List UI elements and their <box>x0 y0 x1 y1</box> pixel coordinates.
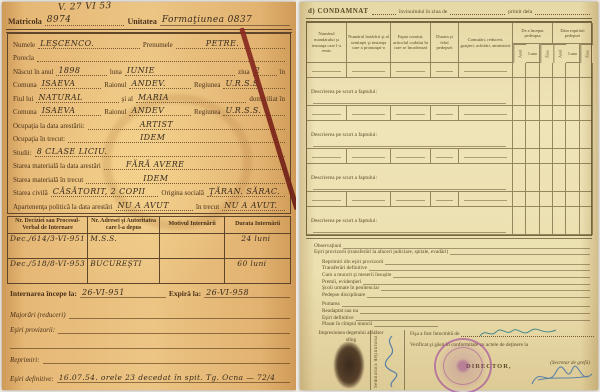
round-stamp <box>434 338 492 392</box>
matricola-line: Matricola 8974 Unitatea Formaţiunea 0837 <box>8 15 290 26</box>
verificat-text: Verificat şi găsit în conformitate cu ac… <box>410 342 594 350</box>
fisa-row: Fişa a fost întocmită de <box>410 331 594 337</box>
table-cell <box>553 121 566 149</box>
prenumele-label: Prenumele <box>143 41 173 49</box>
observatiuni-label: Observaţiuni <box>314 243 341 249</box>
born-row: Născut în anul 1898 luna IUNIE ziua 2 în <box>13 63 285 76</box>
esiri-provizorii-field <box>58 333 290 334</box>
stare1-label: Starea materială la data arestări <box>13 162 101 170</box>
table-cell <box>566 192 579 207</box>
internment-dates-row: Internarea începe la: 26-VI-951 Expiră l… <box>10 288 290 298</box>
ruled-line <box>313 189 506 190</box>
inscris-label: învinuitului în ziua de <box>399 9 447 15</box>
primit-field <box>535 14 590 15</box>
table-row <box>307 106 591 121</box>
table-cell <box>580 207 593 235</box>
esiri-provizorii-label: Eşiri provizorii (transferări la afaceri… <box>314 249 448 255</box>
table-cell <box>459 192 513 207</box>
purtarea-label: Purtarea <box>322 301 340 307</box>
majorari-row: Majorări (reduceri) <box>10 304 290 319</box>
table-cell: 60 luni <box>225 258 291 283</box>
stare1-value: FĂRĂ AVERE <box>126 160 185 169</box>
wealth-row: Starea materială la data arestări FĂRĂ A… <box>13 158 285 171</box>
column-header: Numărul mandatului şi instanţa care l-a … <box>307 23 347 63</box>
premii-label: Premii, evidenţieri <box>322 279 361 285</box>
table-cell <box>566 121 579 149</box>
table-cell <box>580 106 593 121</box>
origina-value: ŢĂRAN. SĂRAC. <box>209 187 280 196</box>
table-cell <box>540 149 553 164</box>
fiul-field: NATURAL <box>36 93 118 103</box>
studies-row: Studii: 8 CLASE LICIU. <box>13 144 285 157</box>
raionul1-field: ANDEV. <box>129 79 191 89</box>
table-cell <box>580 121 593 149</box>
ruled-line <box>313 103 506 104</box>
table-cell <box>307 149 347 164</box>
table-row <box>307 63 591 78</box>
table-cell <box>553 149 566 164</box>
table-cell <box>540 164 553 192</box>
plasat-field <box>374 326 438 327</box>
table-cell <box>566 63 579 78</box>
readaptat-label: Readaptat sau nu <box>322 308 358 314</box>
reprimiri-row: Reprimiri din eşiri provizorii <box>322 258 590 265</box>
start-date-group: De a început pedeapsa Anul Luna Ziua <box>513 23 553 63</box>
table-cell <box>526 78 539 106</box>
table-cell <box>513 78 526 106</box>
premii-field <box>363 284 590 285</box>
reprimiri-field <box>385 264 590 265</box>
apartenenta-field: NU A AVUT <box>116 201 194 211</box>
table-cell: BUCUREŞTI <box>88 258 160 283</box>
registration-page: V. 27 VI 53 Matricola 8974 Unitatea Form… <box>2 2 296 390</box>
table-cell <box>580 192 593 207</box>
internarea-label: Internarea începe la: <box>10 289 77 298</box>
esiri-provizorii-row: Eşiri provizorii: <box>10 319 290 334</box>
prenumele-field: PETRE. <box>176 39 285 49</box>
reprimiri-label: Reprimiri: <box>10 356 40 364</box>
detainee-signature-label: Semnătura deţinutului <box>374 332 379 388</box>
fingerprint-smudge <box>334 342 364 388</box>
table-row <box>307 149 591 164</box>
numele-label: Numele <box>13 41 35 49</box>
table-cell <box>513 106 526 121</box>
esiri-definitive-label: Eşiri definitive <box>322 315 354 321</box>
pedepse-label: Pedepse disciplinare <box>322 292 365 298</box>
matricola-field: 8974 <box>45 15 125 26</box>
origina-field: ŢĂRAN. SĂRAC. <box>207 187 285 197</box>
table-cell <box>513 149 526 164</box>
commune-row-2: Comuna ISAEVA Raionul ANDEV Regiunea U.R… <box>13 104 285 117</box>
table-cell <box>553 192 566 207</box>
nascut-value: 1898 <box>58 66 80 75</box>
duration: 24 luni <box>241 234 270 243</box>
table-cell <box>580 164 593 192</box>
table-cell <box>566 106 579 121</box>
comuna1-field: ISAEVA <box>40 79 102 89</box>
blank-rule-row <box>10 334 290 349</box>
table-cell <box>307 106 347 121</box>
intrecut-value: NU A AVUT. <box>224 201 277 210</box>
table-cell <box>307 192 347 207</box>
column-header: Durata Internării <box>225 217 291 234</box>
fiul-label: Fiul lui <box>13 95 33 103</box>
duration: 60 luni <box>237 259 266 268</box>
expira-field: 26-VI-958 <box>204 288 290 298</box>
short-description-label: Descrierea pe scurt a faptului: <box>311 218 377 224</box>
column-header: Comutări, reduceri, graţieri, achitări, … <box>459 23 513 63</box>
sial-label: şi al <box>122 95 133 103</box>
group-header: Data expirării pedepsei <box>553 23 593 44</box>
sub-header: Luna <box>526 44 539 63</box>
top-handwritten-note: V. 27 VI 53 <box>58 1 112 13</box>
observations-section: Observaţiuni Eşiri provizorii (transferă… <box>314 242 590 327</box>
observatiuni-row: Observaţiuni <box>314 242 590 249</box>
table-cell <box>526 106 539 121</box>
sentences-table-header: Numărul mandatului şi instanţa care l-a … <box>307 23 591 63</box>
table-cell <box>553 164 566 192</box>
table-cell <box>580 149 593 164</box>
regiunea2-label: Regiunea <box>194 108 220 116</box>
table-cell <box>431 106 459 121</box>
majorari-field <box>69 318 290 319</box>
table-cell <box>540 121 553 149</box>
table-cell <box>347 63 391 78</box>
fiul-value: NATURAL <box>38 93 82 102</box>
column-header: Nr. Adresei şi Auto­ritatea care l-a dep… <box>88 217 160 234</box>
reprimiri-label: Reprimiri din eşiri provizorii <box>322 259 383 265</box>
ocupatia2-field: IDEM <box>68 133 285 143</box>
table-cell: 24 luni <box>225 233 291 258</box>
sub-header: Anul <box>513 44 526 63</box>
ruled-line <box>313 232 506 233</box>
table-cell: M.S.S. <box>88 233 160 258</box>
civila-value: CĂSĂTORIT, 2 COPII <box>53 187 146 196</box>
table-cell <box>553 78 566 106</box>
studii-value: 8 CLASE LICIU. <box>37 147 108 156</box>
scoli-field <box>381 290 590 291</box>
column-header: Numărul hotărîrii şi al sentinţei şi ins… <box>347 23 391 63</box>
intrecut-field: NU A AVUT. <box>222 201 285 211</box>
condamnat-field <box>372 14 396 15</box>
table-cell <box>459 149 513 164</box>
sial-field: MARIA <box>136 93 246 103</box>
matricola-label: Matricola <box>8 17 42 26</box>
table-row: Dec./614/3-VI-951 M.S.S. 24 luni <box>8 233 291 258</box>
table-cell <box>526 121 539 149</box>
ocupatia1-value: ARTIST <box>140 120 173 129</box>
expira-label: Expiră la: <box>169 289 201 298</box>
esiri-definitive-row: Eşiri definitive <box>322 314 590 321</box>
stare1-field: FĂRĂ AVERE <box>104 160 285 170</box>
domiciliat-label: domiciliat în <box>249 95 285 103</box>
table-cell: Descrierea pe scurt a faptului: <box>307 207 513 235</box>
table-cell <box>513 207 526 235</box>
sub-header: Ziua <box>580 44 593 63</box>
table-cell <box>526 192 539 207</box>
ocupatia2-label: Ocupaţia în trecut: <box>13 135 65 143</box>
studii-field: 8 CLASE LICIU. <box>35 147 285 157</box>
numele-field: LEŞCENCO. <box>38 39 140 49</box>
luna-label: luna <box>110 68 122 76</box>
table-cell <box>431 63 459 78</box>
matricola-value: 8974 <box>47 15 72 25</box>
table-row <box>307 192 591 207</box>
column-header: Fapta comisă, articolul codului în care … <box>391 23 431 63</box>
unitatea-label: Unitatea <box>127 17 156 26</box>
sub-header: Luna <box>566 44 579 63</box>
grefa-label: (Secretar de grefă) <box>550 360 590 366</box>
blank-field <box>10 348 290 349</box>
table-cell <box>159 233 224 258</box>
nascut-field: 1898 <box>56 66 106 76</box>
table-cell <box>459 63 513 78</box>
authority: BUCUREŞTI <box>90 259 142 268</box>
raionul2-field: ANDEV <box>129 106 191 116</box>
table-cell <box>540 207 553 235</box>
table-cell <box>391 149 431 164</box>
section-rule <box>306 238 592 239</box>
secretary-signature <box>528 364 594 390</box>
stare2-value: IDEM <box>143 174 168 183</box>
esiri-provizorii-row: Eşiri provizorii (transferări la afaceri… <box>314 249 590 256</box>
ruled-line <box>313 146 506 147</box>
table-cell <box>159 258 224 283</box>
comuna1-label: Comuna <box>13 81 37 89</box>
purtarea-row: Purtarea <box>322 301 590 308</box>
sub-header: Anul <box>553 44 566 63</box>
apartenenta-value: NU A AVUT <box>118 201 169 210</box>
plasat-label: Plasat în cîmpul muncii <box>322 321 372 327</box>
ocupatia2-value: IDEM <box>140 133 165 142</box>
sentences-table: Numărul mandatului şi instanţa care l-a … <box>306 22 592 236</box>
table-cell: Descrierea pe scurt a faptului: <box>307 121 513 149</box>
condemned-page: d) CONDAMNAT învinuitului în ziua de pri… <box>300 2 598 390</box>
raionul2-label: Raionul <box>104 108 126 116</box>
apartenenta-label: Apartenenţa politică la data arestări <box>13 203 113 211</box>
table-cell <box>540 78 553 106</box>
scoli-row: Şcoli urmate în penitenciar <box>322 285 590 292</box>
internarea-field: 26-VI-951 <box>80 288 166 298</box>
table-cell <box>391 192 431 207</box>
comuna2-label: Comuna <box>13 108 37 116</box>
stare2-field: IDEM <box>86 174 285 184</box>
transferari-label: Transferări definitive <box>322 265 367 271</box>
table-cell: Descrierea pe scurt a faptului: <box>307 78 513 106</box>
sentences-table-body: Descrierea pe scurt a faptului:Descriere… <box>307 63 591 235</box>
short-description-label: Descrierea pe scurt a faptului: <box>311 89 377 95</box>
esiri-definitive-row: Eşiri definitive: 16.07.54. orele 23 dec… <box>10 364 290 383</box>
table-cell <box>526 207 539 235</box>
short-description-label: Descrierea pe scurt a faptului: <box>311 175 377 181</box>
table-cell <box>566 78 579 106</box>
table-cell: Dec./614/3-VI-951 <box>8 233 88 258</box>
column-header: Durata şi felul pedepsei <box>431 23 459 63</box>
comuna1-value: ISAEVA <box>42 79 76 88</box>
table-cell <box>513 164 526 192</box>
readaptat-field <box>360 313 590 314</box>
fisa-field <box>461 336 594 337</box>
table-cell <box>347 192 391 207</box>
intrecut-label: în trecut <box>196 203 219 211</box>
pedepse-field <box>367 297 590 298</box>
table-cell <box>513 63 526 78</box>
civila-field: CĂSĂTORIT, 2 COPII <box>51 187 159 197</box>
table-cell <box>391 63 431 78</box>
table-cell <box>540 63 553 78</box>
numele-value: LEŞCENCO. <box>40 39 94 48</box>
fisa-label: Fişa a fost întocmită de <box>410 331 459 337</box>
primit-label: primit dela <box>508 9 532 15</box>
comuna2-field: ISAEVA <box>40 106 102 116</box>
unitatea-value: Formaţiunea 0837 <box>162 15 252 25</box>
internarea-value: 26-VI-951 <box>82 288 125 297</box>
commune-row-1: Comuna ISAEVA Raionul ANDEV. Regiunea U.… <box>13 77 285 90</box>
table-cell <box>513 121 526 149</box>
table-row: Descrierea pe scurt a faptului: <box>307 121 591 149</box>
decision-number: Dec./518/8-VI-953 <box>10 259 85 268</box>
raionul2-value: ANDEV <box>131 106 164 115</box>
civil-status-row: Starea civilă CĂSĂTORIT, 2 COPII Origina… <box>13 185 285 198</box>
decision-number: Dec./614/3-VI-951 <box>10 234 85 243</box>
muncit-row: Cum a muncit şi meserii însuşite <box>322 271 590 278</box>
scoli-label: Şcoli urmate în penitenciar <box>322 285 379 291</box>
political-row: Apartenenţa politică la data arestări NU… <box>13 198 285 211</box>
esiri-provizorii-field <box>450 254 590 255</box>
ocupatia1-label: Ocupaţia la data arestării: <box>13 122 85 130</box>
group-header: De a început pedeapsa <box>513 23 553 44</box>
column-header: Motivul Internării <box>159 217 224 234</box>
table-cell <box>347 149 391 164</box>
plasat-row: Plasat în cîmpul muncii <box>322 321 590 328</box>
raionul1-label: Raionul <box>104 81 126 89</box>
majorari-label: Majorări (reduceri) <box>10 311 66 319</box>
parents-row: Fiul lui NATURAL şi al MARIA domiciliat … <box>13 90 285 103</box>
reprimiri-row: Reprimiri: <box>10 349 290 364</box>
short-description-label: Descrierea pe scurt a faptului: <box>311 132 377 138</box>
authority: M.S.S. <box>90 234 117 243</box>
table-cell <box>391 106 431 121</box>
prenumele-value: PETRE. <box>206 39 239 48</box>
origina-label: Origina socială <box>161 189 204 197</box>
stare2-label: Starea materială în trecut <box>13 176 83 184</box>
table-header-row: Nr. Deciziei sau Procesul-Verbal de Inte… <box>8 217 291 234</box>
table-cell <box>553 207 566 235</box>
pedepse-row: Pedepse disciplinare <box>322 291 590 298</box>
table-cell <box>307 63 347 78</box>
muncit-field <box>393 277 590 278</box>
divider <box>404 330 405 390</box>
readaptat-row: Readaptat sau nu <box>322 307 590 314</box>
studii-label: Studii: <box>13 149 32 157</box>
nascut-label: Născut în anul <box>13 68 53 76</box>
table-cell <box>580 78 593 106</box>
porecla-label: Porecla <box>13 54 34 62</box>
purtarea-field <box>342 306 590 307</box>
divider <box>370 330 371 390</box>
signature-section: Impresiunea degetului arătător stîng Sem… <box>306 330 592 390</box>
wealth-past-row: Starea materială în trecut IDEM <box>13 171 285 184</box>
esiri-definitive-field: 16.07.54. orele 23 decedat în spit. Tg. … <box>57 373 290 383</box>
release-section: Majorări (reduceri) Eşiri provizorii: Re… <box>10 304 290 383</box>
sial-value: MARIA <box>138 93 169 102</box>
table-cell <box>540 192 553 207</box>
civila-label: Starea civilă <box>13 189 48 197</box>
esiri-provizorii-label: Eşiri provizorii: <box>10 326 55 334</box>
esiri-definitive-field <box>356 320 590 321</box>
luna-value: IUNIE <box>127 66 155 75</box>
sub-header: Ziua <box>540 44 553 63</box>
transferari-row: Transferări definitive <box>322 265 590 272</box>
muncit-label: Cum a muncit şi meserii însuşite <box>322 272 391 278</box>
regiunea2-value: U.R.S.S. <box>225 106 261 115</box>
esiri-definitive-label: Eşiri definitive: <box>10 375 54 383</box>
unitatea-field: Formaţiunea 0837 <box>160 15 290 26</box>
table-cell: Dec./518/8-VI-953 <box>8 258 88 283</box>
table-cell <box>566 207 579 235</box>
table-row: Descrierea pe scurt a faptului: <box>307 207 591 235</box>
ziua-label: ziua <box>238 68 250 76</box>
table-cell <box>540 106 553 121</box>
table-cell <box>526 63 539 78</box>
table-cell <box>431 149 459 164</box>
table-cell <box>513 192 526 207</box>
in-label: în <box>280 68 285 76</box>
table-cell <box>580 63 593 78</box>
transferari-field <box>369 270 590 271</box>
table-row: Descrierea pe scurt a faptului: <box>307 78 591 106</box>
occupation-past-row: Ocupaţia în trecut: IDEM <box>13 131 285 144</box>
table-cell <box>553 63 566 78</box>
porecla-field <box>37 61 285 62</box>
expira-value: 26-VI-958 <box>206 288 249 297</box>
table-cell <box>566 149 579 164</box>
table-cell: Descrierea pe scurt a faptului: <box>307 164 513 192</box>
table-cell <box>553 106 566 121</box>
expiry-date-group: Data expirării pedepsei Anul Luna Ziua <box>553 23 593 63</box>
table-row: Descrierea pe scurt a faptului: <box>307 164 591 192</box>
column-header: Nr. Deciziei sau Procesul-Verbal de Inte… <box>8 217 88 234</box>
internment-table: Nr. Deciziei sau Procesul-Verbal de Inte… <box>7 216 291 284</box>
reprimiri-field <box>43 363 290 364</box>
regiunea2-field: U.R.S.S. <box>223 106 285 116</box>
condamnat-label: d) CONDAMNAT <box>308 7 369 15</box>
inscris-field <box>450 14 505 15</box>
table-cell <box>566 164 579 192</box>
luna-field: IUNIE <box>125 66 235 76</box>
porecla-row: Porecla <box>13 50 285 63</box>
premii-row: Premii, evidenţieri <box>322 278 590 285</box>
comuna2-value: ISAEVA <box>42 106 76 115</box>
raionul1-value: ANDEV. <box>131 79 165 88</box>
table-cell <box>347 106 391 121</box>
table-cell <box>526 149 539 164</box>
table-cell <box>431 192 459 207</box>
table-cell <box>526 164 539 192</box>
ocupatia1-field: ARTIST <box>88 120 285 130</box>
table-row: Dec./518/8-VI-953 BUCUREŞTI 60 luni <box>8 258 291 283</box>
occupation-row: Ocupaţia la data arestării: ARTIST <box>13 117 285 130</box>
table-cell <box>459 106 513 121</box>
condamnat-header: d) CONDAMNAT învinuitului în ziua de pri… <box>308 7 590 15</box>
esiri-definitive-value: 16.07.54. orele 23 decedat în spit. Tg. … <box>59 373 276 382</box>
regiunea1-label: Regiunea <box>194 81 220 89</box>
